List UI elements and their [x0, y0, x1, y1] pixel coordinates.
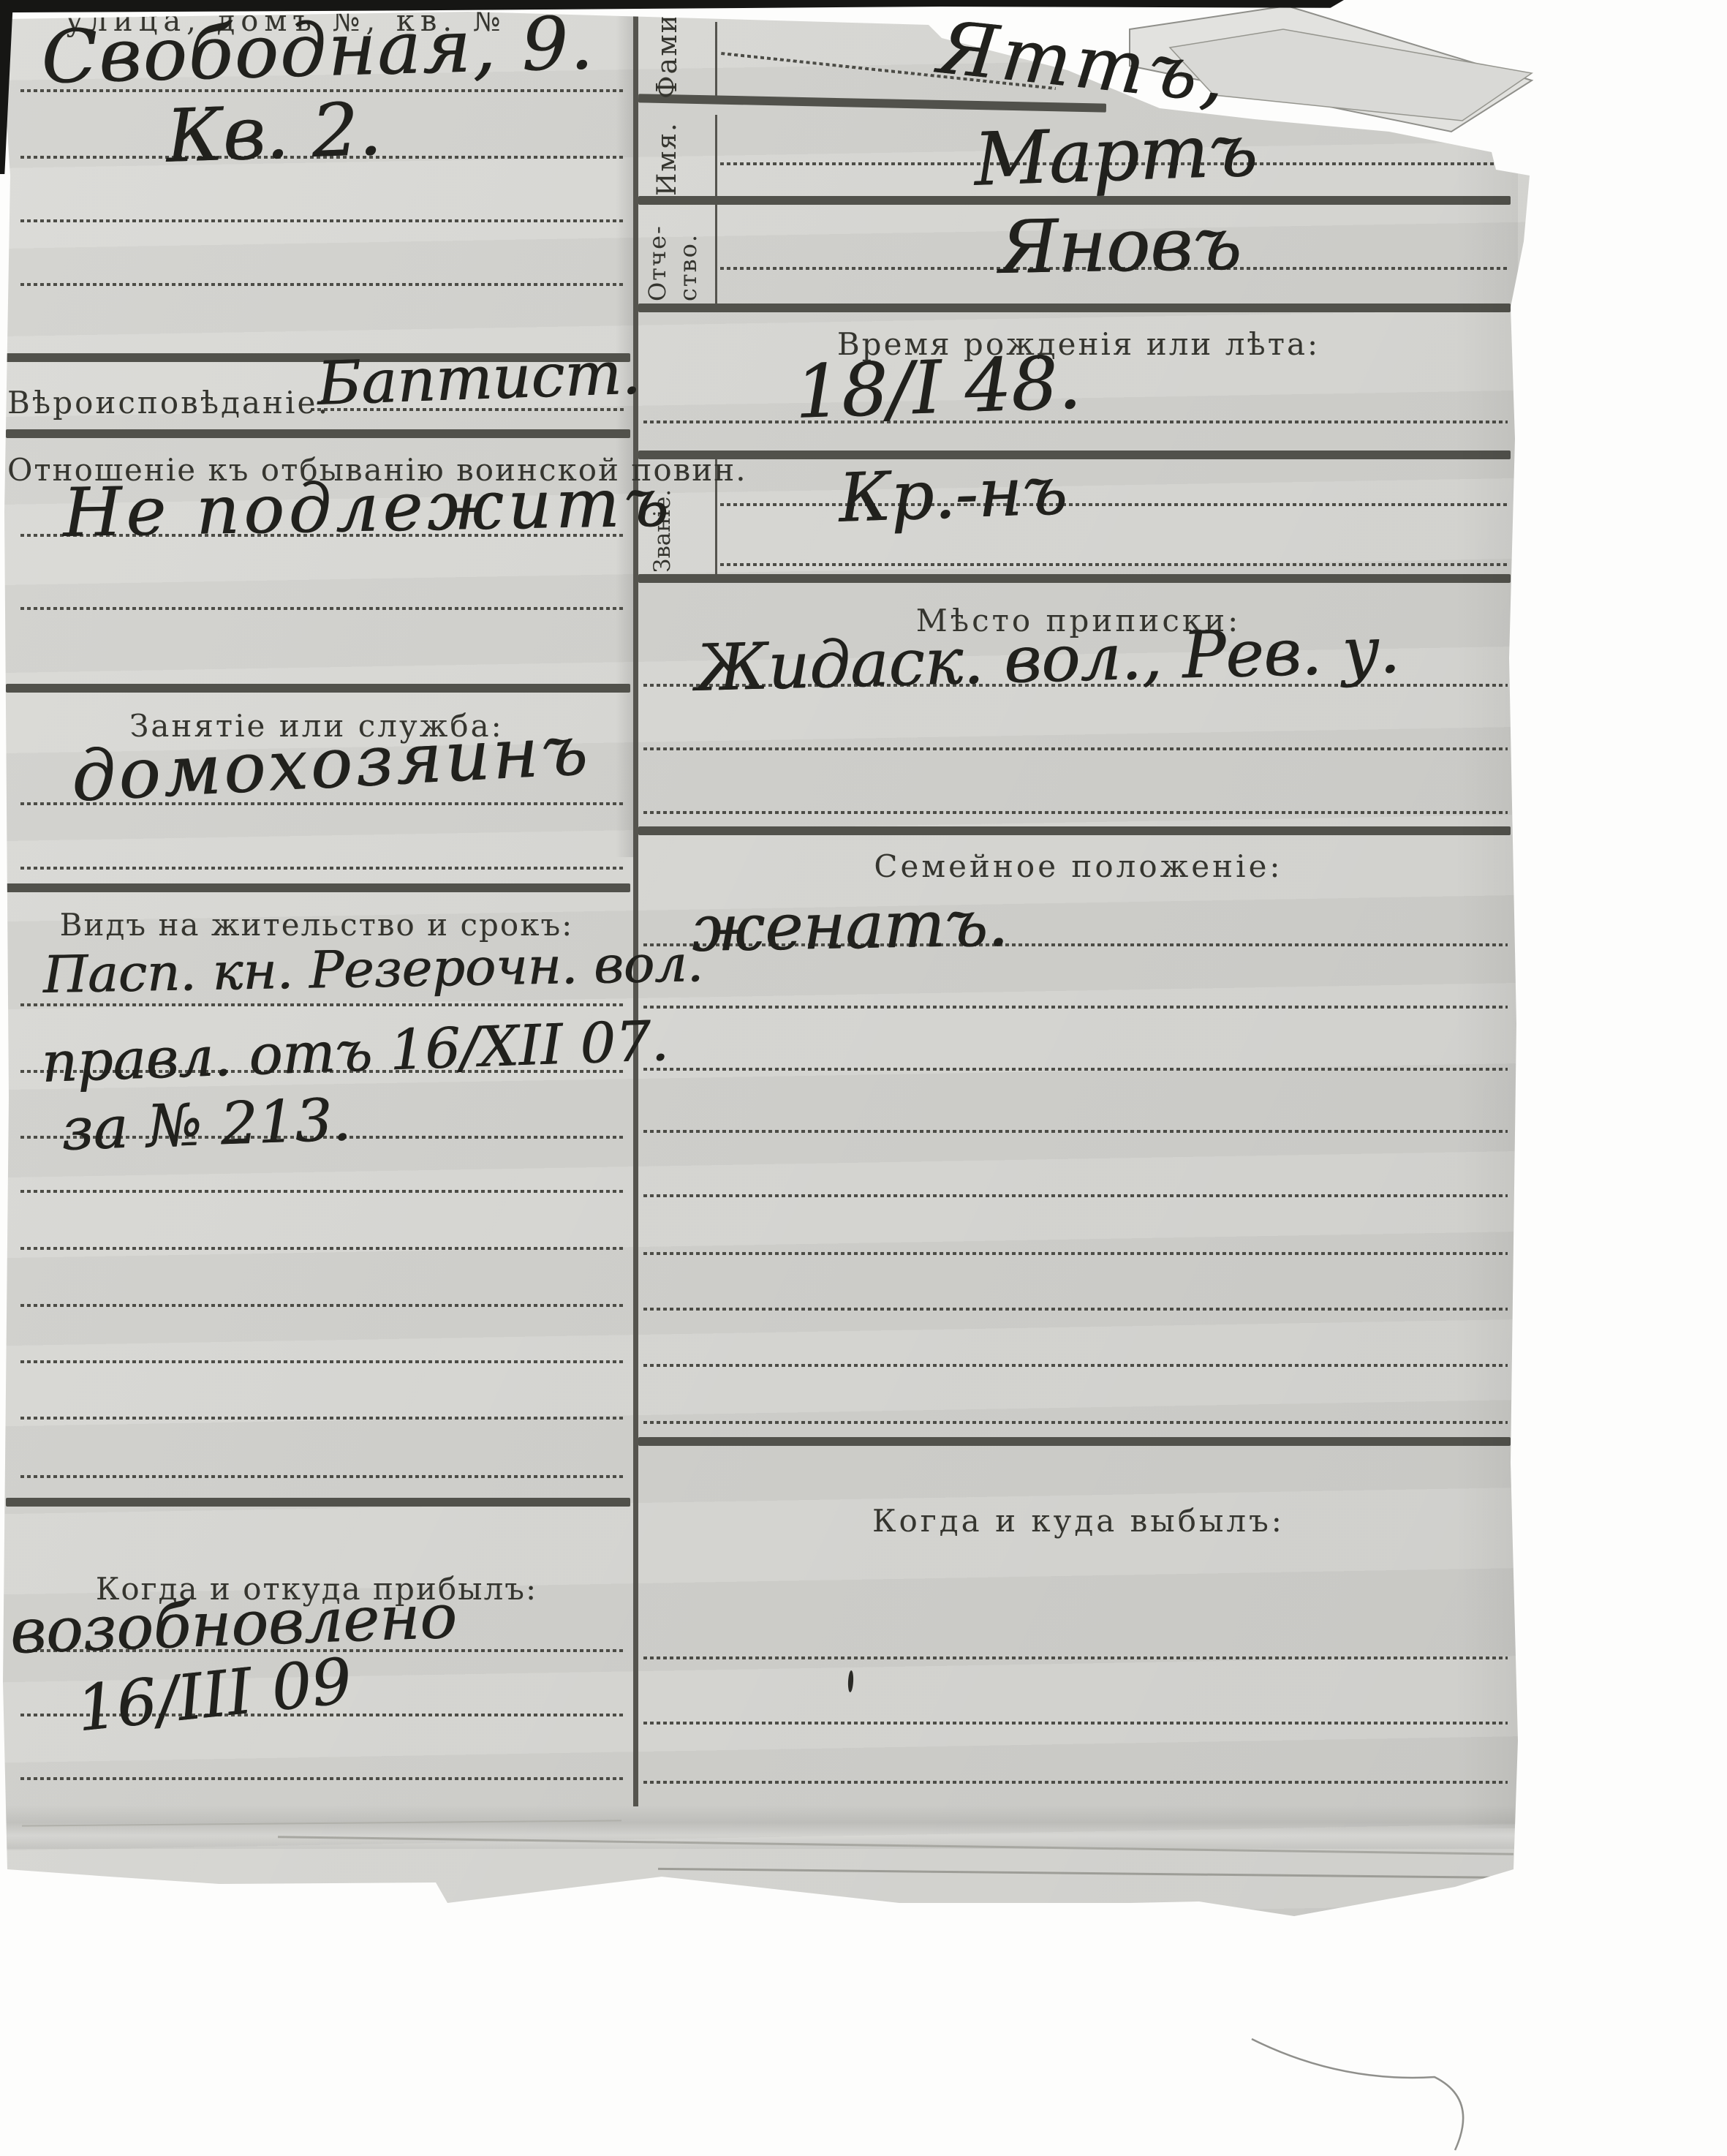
address-value-line2: Кв. 2. [165, 86, 382, 179]
military-value: Не подлежитъ [62, 463, 673, 552]
patronymic-label-line2: ство. [674, 206, 702, 301]
section-rule [638, 574, 1511, 583]
paper-crease-line [278, 1836, 1514, 1855]
section-rule [6, 883, 630, 892]
address-value-line1: Свободная, 9. [40, 0, 595, 100]
arrival-value-line1: возобновлено [9, 1580, 458, 1667]
family-status-label: Семейное положеніе: [643, 848, 1514, 884]
dotted-line [20, 1190, 626, 1193]
departure-label: Когда и куда выбылъ: [643, 1503, 1514, 1539]
dotted-line [643, 1722, 1508, 1725]
paper-edge-shading [1455, 146, 1518, 1828]
paper-crease [0, 1805, 1521, 1849]
religion-value: Баптист. [316, 339, 641, 419]
religion-label: Вѣроисповѣданіе: [7, 385, 330, 421]
column-divider-line [633, 16, 638, 1806]
dotted-line [20, 1247, 626, 1250]
dotted-line [643, 747, 1508, 750]
residence-permit-line3: за № 213. [60, 1085, 352, 1164]
dotted-line [20, 1777, 626, 1780]
dotted-line [20, 1417, 626, 1420]
dotted-line [643, 1006, 1508, 1009]
dotted-line [643, 811, 1508, 814]
dotted-line [20, 1475, 626, 1478]
birth-value: 18/I 48. [793, 339, 1082, 435]
ink-mark [847, 1670, 854, 1692]
paper-sheet: улица, домъ №, кв. № Вѣроисповѣданіе: От… [0, 0, 1537, 1938]
name-label: Имя. [652, 116, 682, 196]
dotted-line [643, 1364, 1508, 1367]
patronymic-value: Яновъ [998, 200, 1242, 290]
residence-permit-line1: Пасп. кн. Резерочн. вол. [42, 933, 703, 1005]
dotted-line [643, 1781, 1508, 1784]
dotted-line [20, 219, 626, 222]
dotted-line [643, 1130, 1508, 1133]
dotted-line [20, 1304, 626, 1307]
patronymic-label-line1: Отче- [643, 206, 671, 301]
dotted-line [643, 1194, 1508, 1197]
dotted-line [720, 563, 1508, 566]
label-strip-line [715, 22, 717, 104]
dotted-line [20, 1003, 626, 1006]
dotted-line [643, 1252, 1508, 1255]
dotted-line [20, 283, 626, 286]
dotted-line [643, 1068, 1508, 1071]
section-rule [638, 304, 1511, 312]
fiber-strand [1236, 2026, 1543, 2156]
rank-value: Кр.-нъ [837, 451, 1068, 538]
dotted-line [643, 1656, 1508, 1659]
dotted-line [20, 867, 626, 870]
dotted-line [20, 607, 626, 610]
section-rule [638, 826, 1511, 835]
section-rule [6, 429, 630, 438]
section-rule [6, 684, 630, 693]
dotted-line [20, 1360, 626, 1363]
residence-permit-line2: правл. отъ 16/XII 07. [40, 1008, 670, 1095]
family-status-value: женатъ. [691, 885, 1008, 966]
section-rule [638, 1437, 1511, 1446]
paper-crease-line [658, 1868, 1521, 1879]
surname-label: Фамилія [651, 0, 683, 99]
dotted-line [643, 1421, 1508, 1424]
paper-crease-line [22, 1820, 621, 1826]
section-rule [638, 451, 1511, 459]
scanned-document-page: { "colors": { "paper": "#d8d8d4", "backg… [0, 0, 1727, 2156]
dotted-line [643, 1308, 1508, 1311]
label-strip-line [715, 115, 717, 304]
section-rule [6, 1498, 630, 1507]
